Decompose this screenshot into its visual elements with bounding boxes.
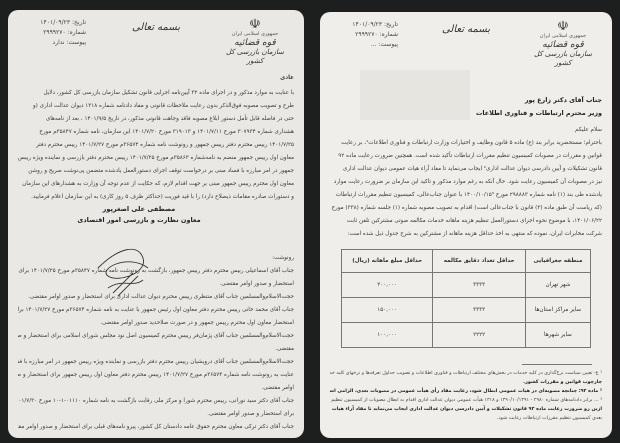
emblem-organization: سازمان بازرسی کل کشور xyxy=(220,48,290,66)
basmala: بسمه تعالی xyxy=(442,24,490,35)
footnote: ازین رو ضرورت رعایت ماده ۹۲ قانون تشکیلا… xyxy=(330,405,602,414)
cell-region: سایر شهرها xyxy=(525,323,590,348)
table-row: سایر شهرها ۲۲۲۲ ۱۰۰,۰۰۰ xyxy=(342,323,591,348)
cell-minutes: ۲۲۲۲ xyxy=(433,323,525,348)
emblem-republic: جمهوری اسلامی ایران xyxy=(528,33,598,40)
body-line: و دستورات صادره مقامات ذیصلاح دارد) را ب… xyxy=(18,191,294,204)
body-line: نیز در مصوبات آن کمیسیون رعایت شود. حال … xyxy=(330,176,602,189)
cell-fee: ۱۰۰,۰۰۰ xyxy=(342,323,433,348)
body-line: ۱۴۰۱/۷/۲۵ رییس محترم دفتر رییس جمهور و ر… xyxy=(18,139,294,152)
cc-line: اوامر مقتضی. xyxy=(18,382,294,395)
handwritten-signature-icon xyxy=(88,238,158,298)
basmala: بسمه تعالی xyxy=(132,22,180,33)
body-line: قانون تشکیلات و آیین دادرسی دیوان عدالت … xyxy=(330,163,602,176)
cell-region: شهر تهران xyxy=(525,273,590,298)
signatory-name: مصطفی علی اصغرپور xyxy=(64,204,214,215)
body-line: قوانین و مقررات در مصوبات کمیسیون تنظیم … xyxy=(330,150,602,163)
body-line: طرح و تصویب مصوبه فوق‌الذکر بدون رعایت م… xyxy=(18,100,294,113)
footnote: ² ماده ۹۲: چنانچه مصوبه‌ای در هیات عمومی… xyxy=(330,387,602,396)
letter-meta: تاریخ: ۱۴۰۱/۰۹/۲۳ شماره: ۲۹۹۹۲۷۰ پیوست: … xyxy=(328,20,398,50)
letter-number: شماره: ۲۹۹۹۲۷۰ xyxy=(16,28,86,38)
footnote: ³ ... برابر دادنامه‌های شماره ۲۹۸۰ - ۱۳۹… xyxy=(330,396,602,405)
table-row: سایر مراکز استان‌ها ۳۳۳۳ ۱۵۰,۰۰۰ xyxy=(342,298,591,323)
column-header-minutes: حداقل تعداد دقایق مکالمه xyxy=(433,250,525,273)
cell-region: سایر مراکز استان‌ها xyxy=(525,298,590,323)
emblem-judiciary: قوه قضائیه xyxy=(528,40,598,50)
footnote: بعدی کمیسیون تنظیم مقررات ارتباطات رعایت… xyxy=(330,414,602,423)
cc-line: استحضار معاون اول محترم رییس جمهور و در … xyxy=(18,317,294,330)
letter-number: شماره: ۲۹۹۹۲۷۰ xyxy=(328,30,398,40)
cc-line: جناب آقای دکتر سید نورانی، رییس محترم شو… xyxy=(18,395,294,408)
column-header-region: منطقه جغرافیایی xyxy=(525,250,590,273)
body-line: یادشده طی بند (۱) نامه شماره ۲۹۸۸۸۳ مورخ… xyxy=(330,189,602,202)
cc-line: عنایت به رونوشت نامه شماره ۳۶۵۷۴م مورخ ۱… xyxy=(18,369,294,382)
body-line: حتی در فاصله قابل تأمل دستور ابلاغ مصوبه… xyxy=(18,113,294,126)
body-line: معاون اول محترم رییس جمهور مبنی بر جهت ا… xyxy=(18,178,294,191)
judiciary-emblem: ☫ جمهوری اسلامی ایران قوه قضائیه سازمان … xyxy=(528,20,598,68)
minimum-fee-table: منطقه جغرافیایی حداقل تعداد دقایق مکالمه… xyxy=(341,249,591,348)
cc-line: جناب آقای دکتر ترکی معاون محترم حقوق عام… xyxy=(18,421,294,434)
letter-header: ☫ جمهوری اسلامی ایران قوه قضائیه سازمان … xyxy=(320,12,612,74)
cc-line: جناب آقای محمد خانی رییس محترم دفتر معاو… xyxy=(18,304,294,317)
emblem-republic: جمهوری اسلامی ایران xyxy=(220,31,290,38)
letter-header: ☫ جمهوری اسلامی ایران قوه قضائیه سازمان … xyxy=(8,10,304,72)
cc-line: برای استحضار و صدور اوامر مقتضی. xyxy=(18,408,294,421)
emblem-organization: سازمان بازرسی کل کشور xyxy=(528,50,598,68)
footnote: چارچوب قوانین و مقررات کشور. xyxy=(330,378,602,387)
iran-emblem-icon: ☫ xyxy=(528,20,598,33)
footnote-divider xyxy=(522,364,592,365)
right-letter-page: ☫ جمهوری اسلامی ایران قوه قضائیه سازمان … xyxy=(320,12,612,438)
footnote: ¹ ع- تعیین سیاست نرخ‌گذاری در کلیه خدمات… xyxy=(330,369,602,378)
greeting: سلام علیکم xyxy=(330,124,602,137)
judiciary-emblem: ☫ جمهوری اسلامی ایران قوه قضائیه سازمان … xyxy=(220,18,290,66)
body-line: باحترام؛ مستحضرید برابر بند (ع) ماده ۵ ق… xyxy=(330,137,602,150)
cell-minutes: ۳۳۳۳ xyxy=(433,298,525,323)
cell-fee: ۲۰۰,۰۰۰ xyxy=(342,273,433,298)
table-row: شهر تهران ۳۳۳۳ ۲۰۰,۰۰۰ xyxy=(342,273,591,298)
cc-line: مقتضی. xyxy=(18,343,294,356)
letter-attachment: پیوست: ... xyxy=(328,40,398,50)
body-line: جمهور در امر مبارزه با فساد مبنی بر درخو… xyxy=(18,165,294,178)
letter-date: تاریخ: ۱۴۰۱/۰۹/۲۳ xyxy=(328,20,398,30)
body-line: شرکت مخابرات ایران، نموده که منتهی به اخ… xyxy=(330,228,602,241)
table-header-row: منطقه جغرافیایی حداقل تعداد دقایق مکالمه… xyxy=(342,250,591,273)
cc-line: حجت‌الاسلام‌والمسلمین جناب آقای درویشیان… xyxy=(18,356,294,369)
iran-emblem-icon: ☫ xyxy=(220,18,290,31)
body-line: هشداری شماره ۳۰۷۹۳۴ مورخ ۱۴۰۱/۷/۱۱ و ۳۱۹… xyxy=(18,126,294,139)
body-line: با عنایت به موارد مذکور و در اجرای ماده … xyxy=(18,87,294,100)
signatory-title: معاون نظارت و بازرسی امور اقتصادی xyxy=(64,215,214,226)
emblem-judiciary: قوه قضائیه xyxy=(220,38,290,48)
cell-fee: ۱۵۰,۰۰۰ xyxy=(342,298,433,323)
cc-line: حجت‌الاسلام‌والمسلمین جناب آقای پژمان‌فر… xyxy=(18,330,294,343)
left-letter-page: ☫ جمهوری اسلامی ایران قوه قضائیه سازمان … xyxy=(8,10,304,438)
body-line: معاون اول رییس جمهور منضم به نامه‌شماره … xyxy=(18,152,294,165)
letter-attachment: پیوست: ندارد xyxy=(16,38,86,48)
body-line: ۱۴۰۱/۰۶/۲۲، با موضوع نحوه اجرای دستورالع… xyxy=(330,215,602,228)
cell-minutes: ۳۳۳۳ xyxy=(433,273,525,298)
letter-date: تاریخ: ۱۴۰۱/۰۹/۲۳ xyxy=(16,18,86,28)
signature-block: مصطفی علی اصغرپور معاون نظارت و بازرسی ا… xyxy=(64,204,214,226)
letter-body: جناب آقای دکتر زارع پور وزیر محترم ارتبا… xyxy=(320,74,612,423)
body-line: (که ریاست آن طبق ماده (۳) قانون با جناب‌… xyxy=(330,202,602,215)
classification: عادی xyxy=(18,72,294,85)
letter-meta: تاریخ: ۱۴۰۱/۰۹/۲۳ شماره: ۲۹۹۹۲۷۰ پیوست: … xyxy=(16,18,86,48)
redacted-stamp-area xyxy=(360,70,470,120)
column-header-fee: حداقل مبلغ ماهانه (ریال) xyxy=(342,250,433,273)
